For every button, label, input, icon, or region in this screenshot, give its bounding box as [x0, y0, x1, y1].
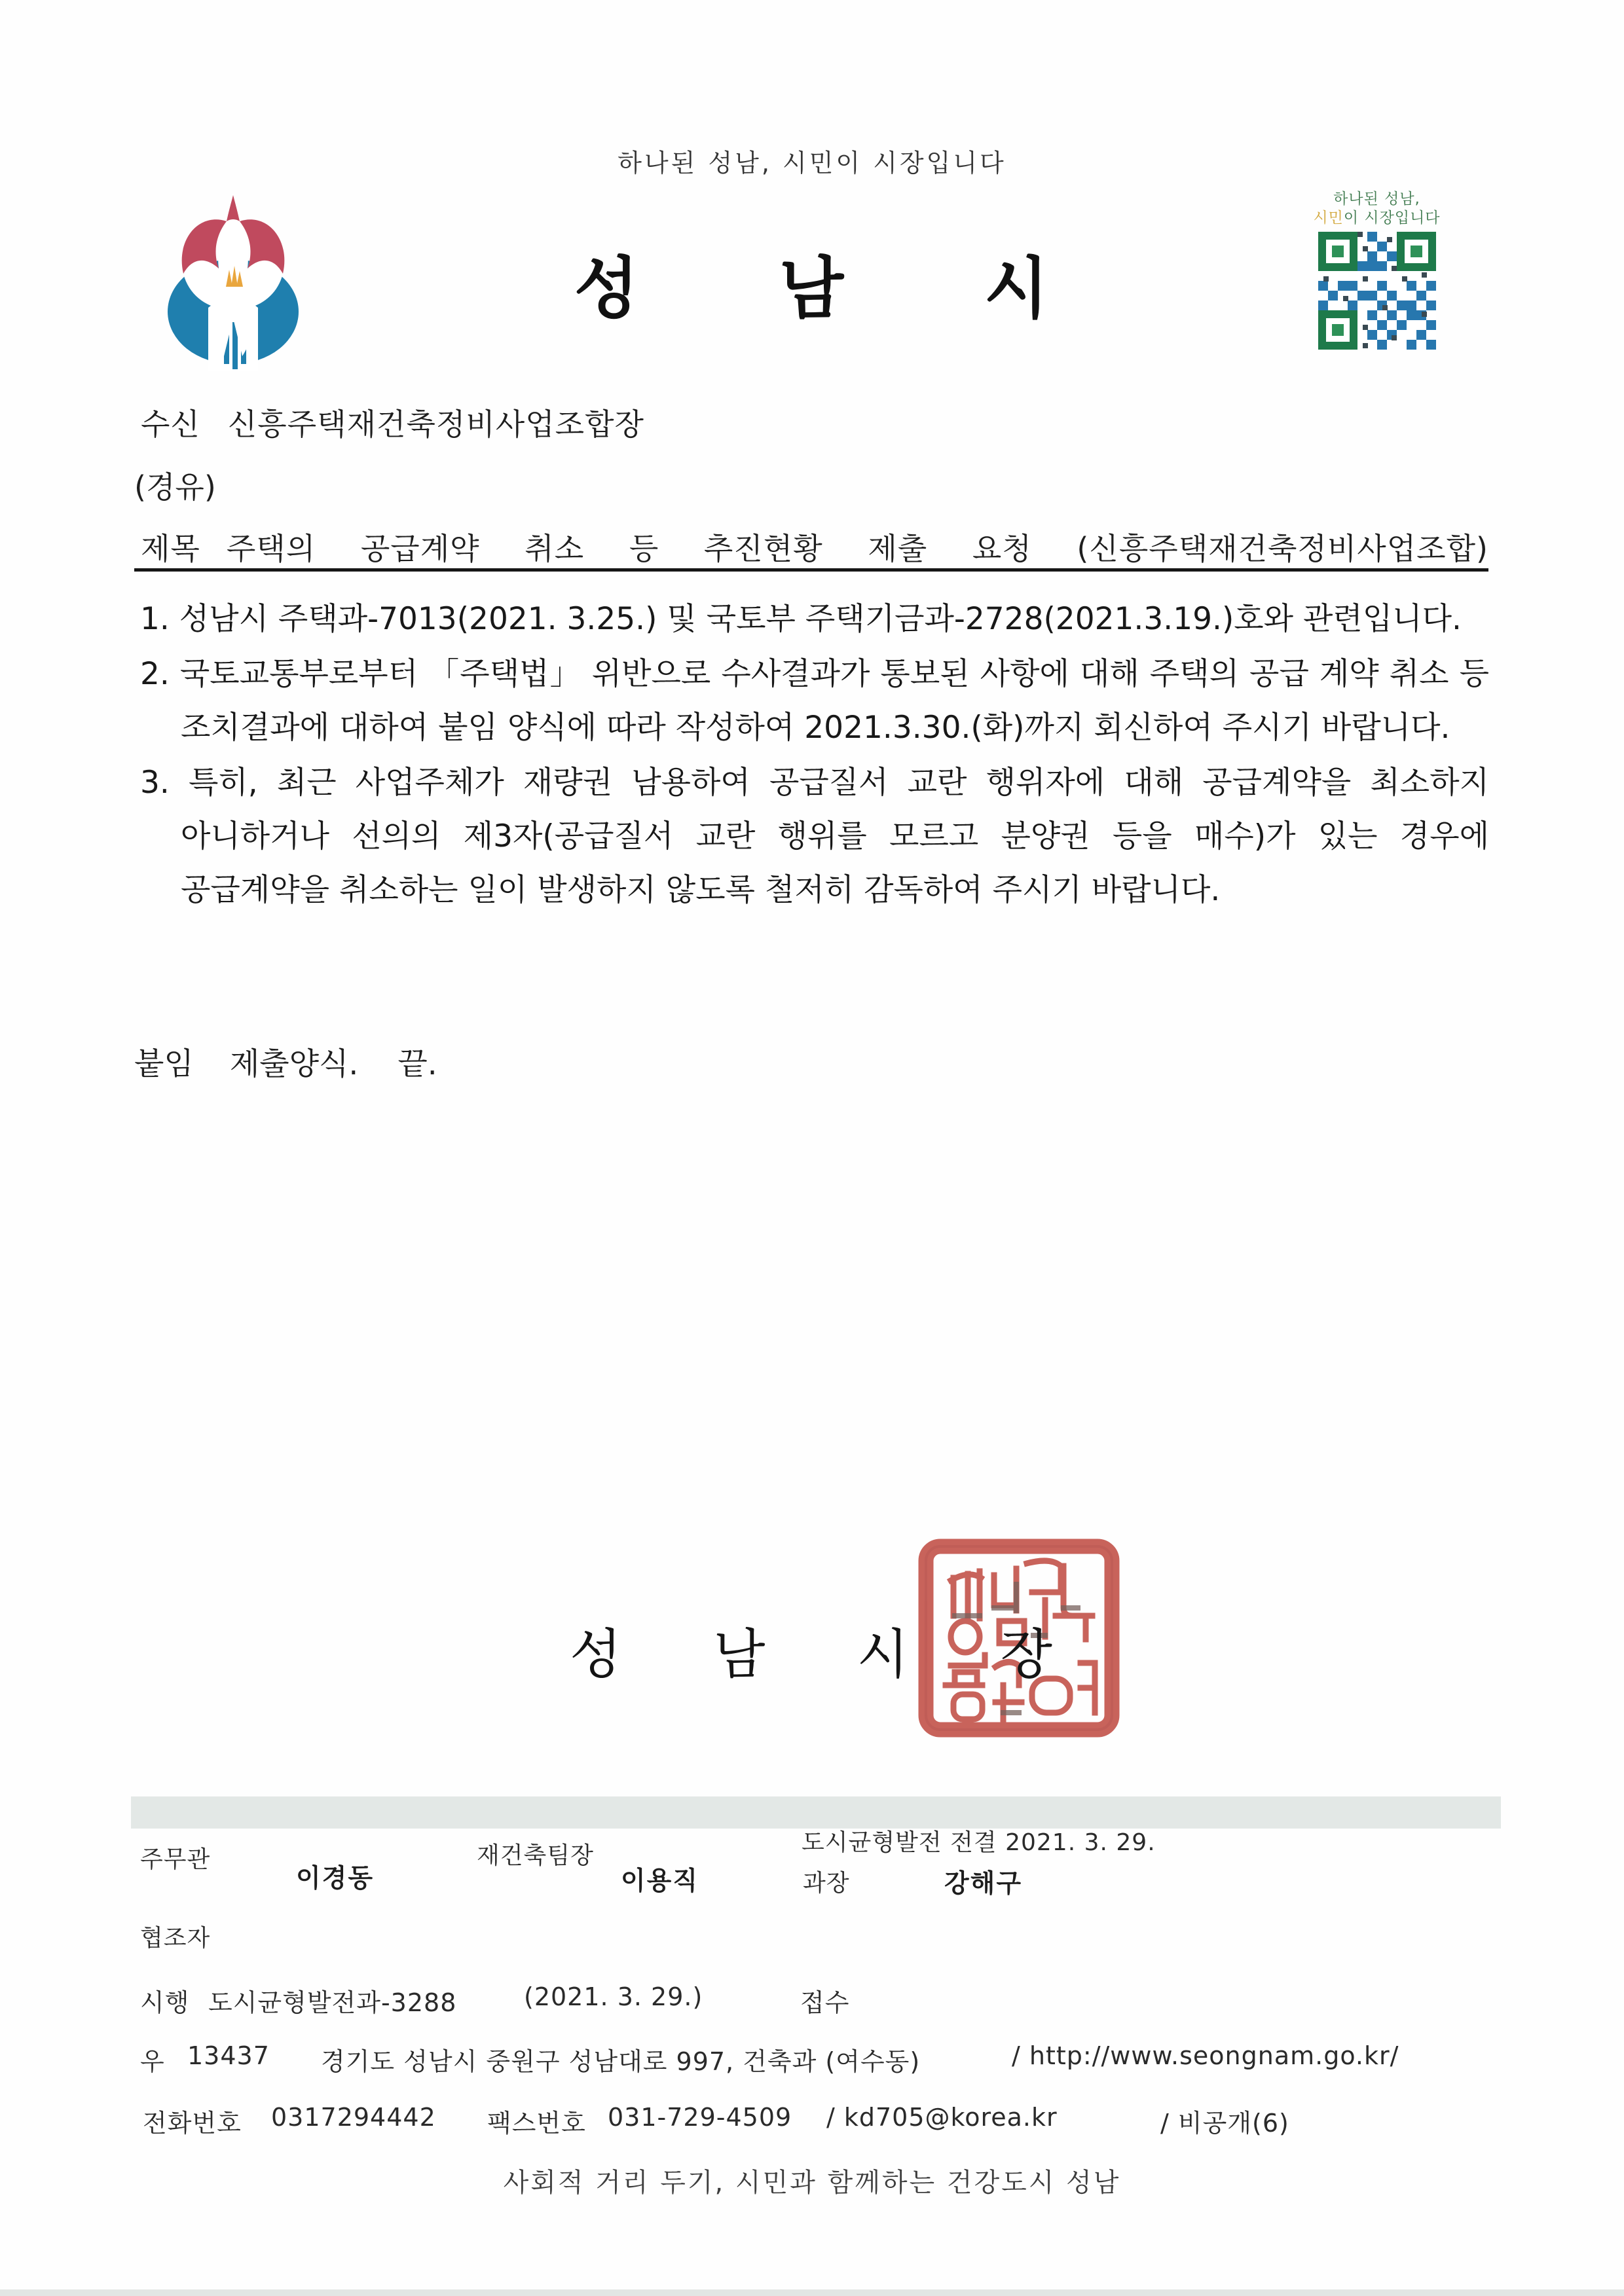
recipient-label: 수신 [141, 407, 200, 442]
via-row: (경유) [134, 464, 216, 507]
qr-caption-line1: 하나된 성남, [1333, 191, 1420, 208]
director-name: 강해구 [944, 1863, 1022, 1900]
dispatch-date: (2021. 3. 29.) [524, 1982, 703, 2011]
qr-caption: 하나된 성남, 시민이 시장입니다 [1300, 190, 1454, 228]
attachment-value: 제출양식. [230, 1046, 359, 1082]
body-text: 1. 성남시 주택과-7013(2021. 3.25.) 및 국토부 주택기금과… [140, 592, 1489, 919]
zip-code: 13437 [187, 2041, 270, 2070]
body-item-2: 2. 국토교통부로부터 「주택법」 위반으로 수사결과가 통보된 사항에 대해 … [140, 647, 1489, 755]
qr-code-icon [1318, 232, 1436, 350]
receipt-label: 접수 [800, 1982, 849, 2018]
body-item-3: 3. 특히, 최근 사업주체가 재량권 남용하여 공급질서 교란 행위자에 대해… [140, 756, 1489, 917]
subject-row: 제목주택의 공급계약 취소 등 추진현황 제출 요청 (신흥주택재건축정비사업조… [141, 525, 1488, 568]
team-leader-role: 재건축팀장 [477, 1837, 594, 1870]
scan-edge-artifact [0, 2289, 1624, 2296]
website-url: / http://www.seongnam.go.kr/ [1012, 2041, 1399, 2070]
recipient-row: 수신신흥주택재건축정비사업조합장 [141, 401, 644, 444]
attachment-end: 끝. [397, 1046, 437, 1082]
footer-slogan: 사회적 거리 두기, 시민과 함께하는 건강도시 성남 [0, 2162, 1624, 2199]
body-item-1: 1. 성남시 주택과-7013(2021. 3.25.) 및 국토부 주택기금과… [140, 592, 1489, 646]
header-slogan: 하나된 성남, 시민이 시장입니다 [0, 143, 1624, 179]
qr-caption-line2-part1: 시민 [1313, 210, 1343, 227]
qr-block: 하나된 성남, 시민이 시장입니다 [1300, 190, 1454, 350]
dispatch-label: 시행 [140, 1982, 189, 2018]
director-role: 과장 [803, 1865, 850, 1898]
tel-label: 전화번호 [143, 2103, 242, 2139]
fax-number: 031-729-4509 [608, 2103, 792, 2132]
subject-value: 주택의 공급계약 취소 등 추진현황 제출 요청 (신흥주택재건축정비사업조합) [227, 531, 1488, 566]
clerk-role: 주무관 [140, 1841, 210, 1874]
clerk-name: 이경동 [296, 1858, 374, 1895]
zip-label: 우 [140, 2041, 165, 2077]
recipient-value: 신흥주택재건축정비사업조합장 [228, 407, 644, 442]
dispatch-number: 도시균형발전과-3288 [208, 1982, 456, 2018]
cooperator-label: 협조자 [140, 1920, 210, 1953]
subject-label: 제목 [141, 531, 200, 566]
final-approval-line: 도시균형발전 전결 2021. 3. 29. [802, 1824, 1156, 1857]
address-text: 경기도 성남시 중원구 성남대로 997, 건축과 (여수동) [321, 2041, 920, 2077]
mayor-signature: 성 남 시 장 [0, 1612, 1624, 1688]
header-divider [134, 568, 1488, 572]
tel-number: 0317294442 [271, 2103, 436, 2132]
attachment-row: 붙임제출양식.끝. [134, 1040, 437, 1084]
qr-caption-line2-part2: 이 시장입니다 [1344, 210, 1441, 227]
team-leader-name: 이용직 [621, 1861, 699, 1897]
privacy-note: / 비공개(6) [1160, 2103, 1289, 2139]
fax-label: 팩스번호 [487, 2103, 586, 2139]
attachment-label: 붙임 [134, 1046, 194, 1082]
email-address: / kd705@korea.kr [826, 2103, 1058, 2132]
scanned-official-letter: 하나된 성남, 시민이 시장입니다 성 남 시 하나된 성남, 시민이 시장입니… [0, 0, 1624, 2296]
